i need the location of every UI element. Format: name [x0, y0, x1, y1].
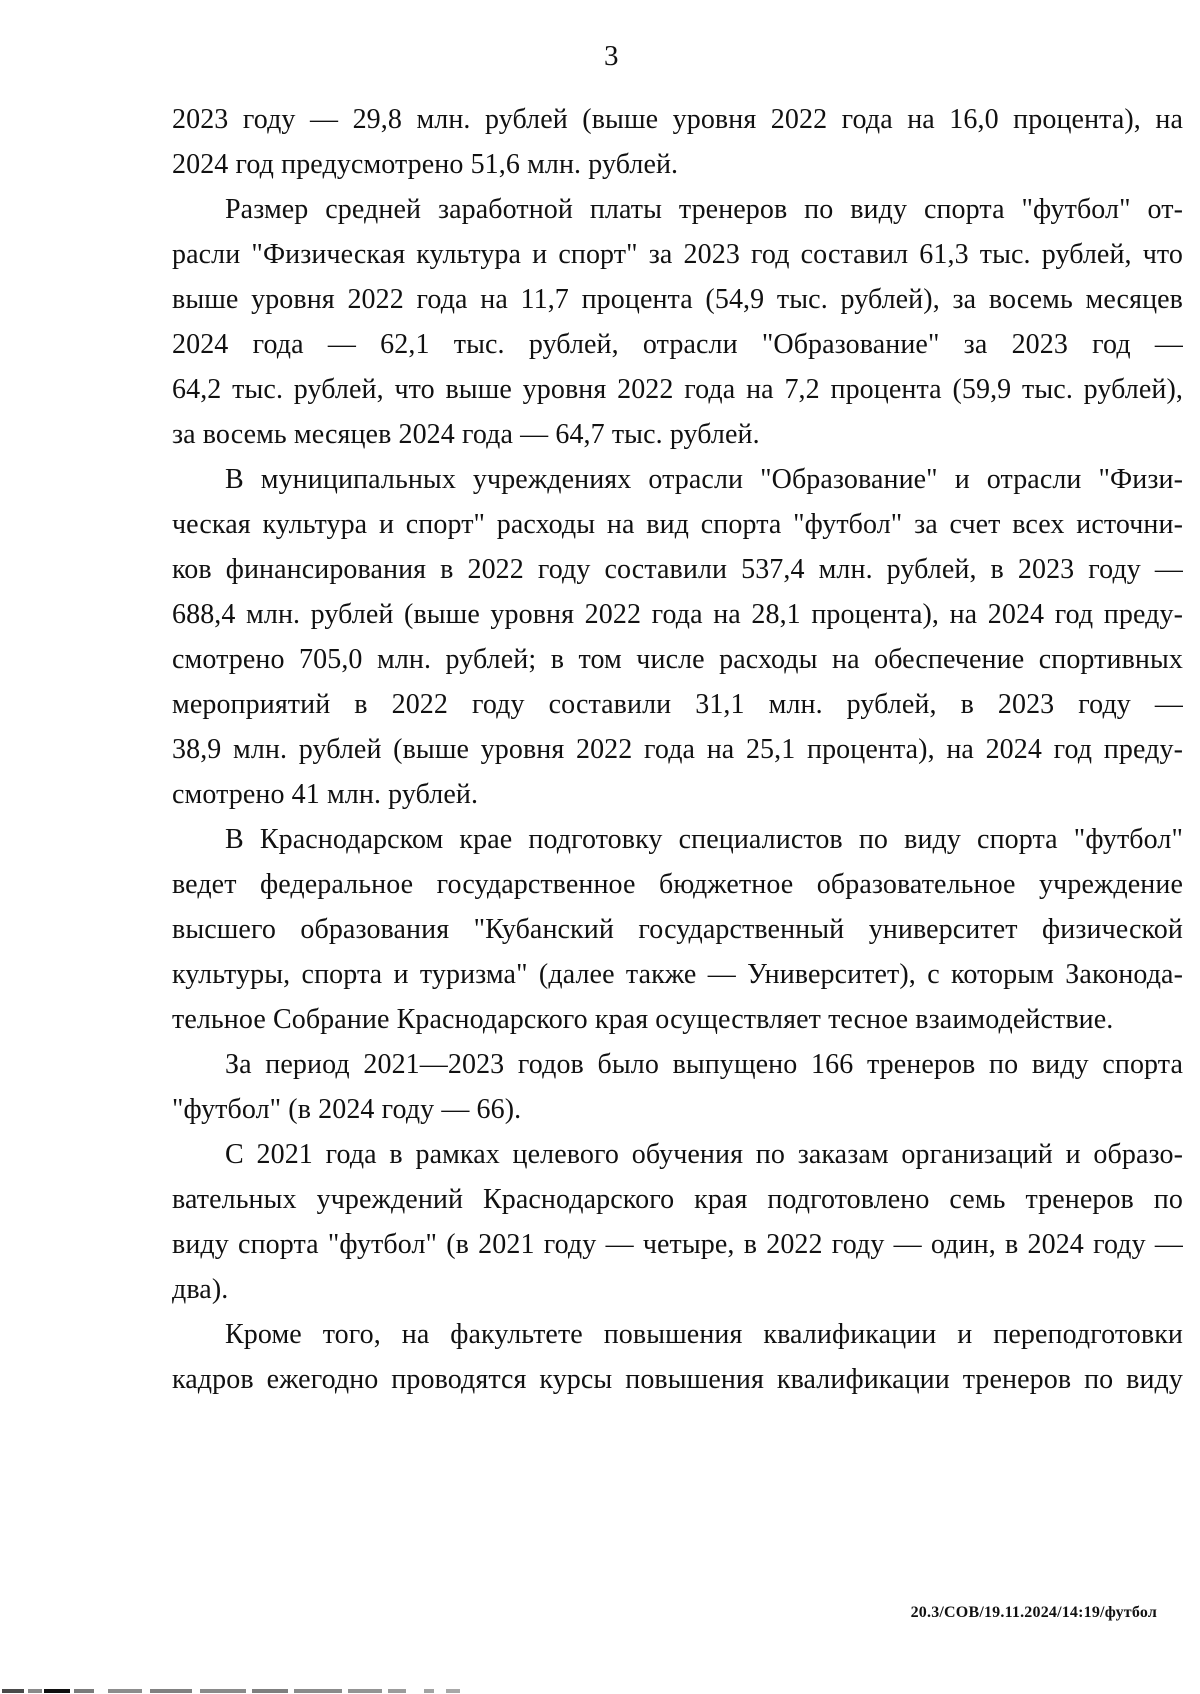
scan-dash: [44, 1689, 70, 1693]
text-line: За период 2021—2023 годов было выпущено …: [172, 1042, 1183, 1087]
text-line: тельное Собрание Краснодарского края осу…: [172, 997, 1183, 1042]
text-line: 2024 года — 62,1 тыс. рублей, отрасли "О…: [172, 322, 1183, 367]
scan-dash: [28, 1689, 42, 1693]
text-line: высшего образования "Кубанский государст…: [172, 907, 1183, 952]
text-line: 688,4 млн. рублей (выше уровня 2022 года…: [172, 592, 1183, 637]
text-line: выше уровня 2022 года на 11,7 процента (…: [172, 277, 1183, 322]
scan-dash: [424, 1689, 434, 1693]
document-body: 2023 году — 29,8 млн. рублей (выше уровн…: [172, 97, 1183, 1402]
scan-dash: [200, 1689, 246, 1693]
text-line: "футбол" (в 2024 году — 66).: [172, 1087, 1183, 1132]
text-line: Размер средней заработной платы тренеров…: [172, 187, 1183, 232]
text-line: культуры, спорта и туризма" (далее также…: [172, 952, 1183, 997]
text-line: ческая культура и спорт" расходы на вид …: [172, 502, 1183, 547]
text-line: В Краснодарском крае подготовку специали…: [172, 817, 1183, 862]
text-line: 64,2 тыс. рублей, что выше уровня 2022 г…: [172, 367, 1183, 412]
text-line: расли "Физическая культура и спорт" за 2…: [172, 232, 1183, 277]
scan-dash: [252, 1689, 288, 1693]
text-line: кадров ежегодно проводятся курсы повышен…: [172, 1357, 1183, 1402]
scan-dash: [2, 1689, 24, 1693]
scan-dash: [294, 1689, 342, 1693]
text-line: 38,9 млн. рублей (выше уровня 2022 года …: [172, 727, 1183, 772]
text-line: ков финансирования в 2022 году составили…: [172, 547, 1183, 592]
text-line: за восемь месяцев 2024 года — 64,7 тыс. …: [172, 412, 1183, 457]
footer-stamp: 20.3/СОВ/19.11.2024/14:19/футбол: [911, 1604, 1157, 1622]
text-line: два).: [172, 1267, 1183, 1312]
scan-dash: [108, 1689, 142, 1693]
scan-dash: [446, 1689, 460, 1693]
scan-dash: [348, 1689, 382, 1693]
text-line: 2023 году — 29,8 млн. рублей (выше уровн…: [172, 97, 1183, 142]
text-line: мероприятий в 2022 году составили 31,1 м…: [172, 682, 1183, 727]
text-line: Кроме того, на факультете повышения квал…: [172, 1312, 1183, 1357]
document-page: 3 2023 году — 29,8 млн. рублей (выше уро…: [0, 0, 1200, 1694]
text-line: смотрено 705,0 млн. рублей; в том числе …: [172, 637, 1183, 682]
text-line: В муниципальных учреждениях отрасли "Обр…: [172, 457, 1183, 502]
text-line: виду спорта "футбол" (в 2021 году — четы…: [172, 1222, 1183, 1267]
page-number: 3: [604, 40, 619, 72]
scan-dash: [150, 1689, 192, 1693]
text-line: 2024 год предусмотрено 51,6 млн. рублей.: [172, 142, 1183, 187]
text-line: смотрено 41 млн. рублей.: [172, 772, 1183, 817]
text-line: вательных учреждений Краснодарского края…: [172, 1177, 1183, 1222]
scan-dash: [74, 1689, 94, 1693]
scan-dash: [388, 1689, 406, 1693]
text-line: С 2021 года в рамках целевого обучения п…: [172, 1132, 1183, 1177]
text-line: ведет федеральное государственное бюджет…: [172, 862, 1183, 907]
scan-artifact-line: [0, 1688, 1200, 1694]
